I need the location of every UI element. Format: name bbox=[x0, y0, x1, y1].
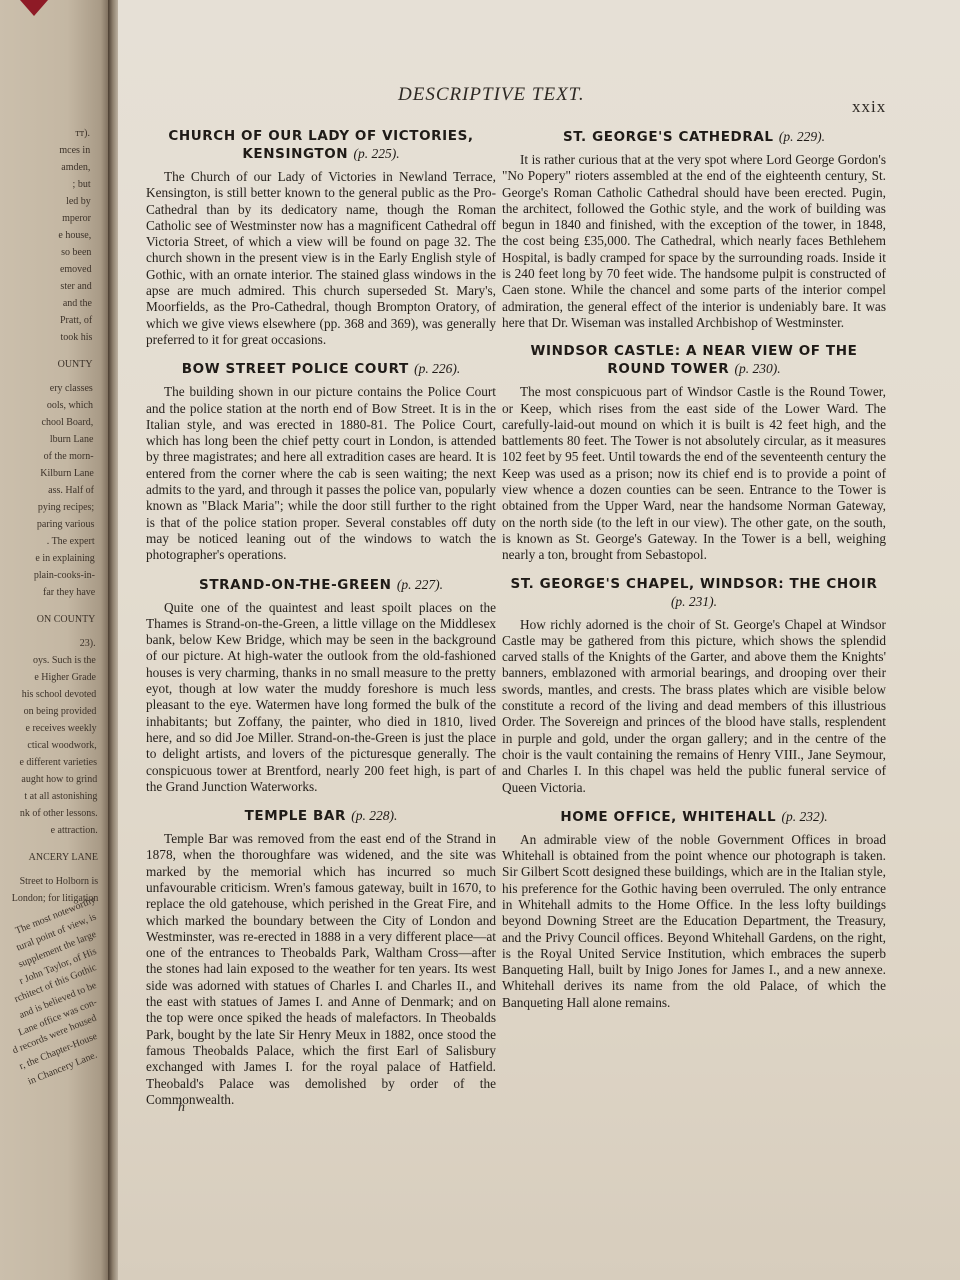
entry-bow-street-police-court: BOW STREET POLICE COURT (p. 226). The bu… bbox=[146, 360, 496, 563]
left-page-fragment: t at all astonishing bbox=[24, 791, 97, 803]
left-page-fragment: aught how to grind bbox=[21, 774, 97, 786]
entry-title: CHURCH OF OUR LADY OF VICTORIES, KENSING… bbox=[146, 128, 496, 163]
left-page-fragment: ON COUNTY bbox=[37, 614, 96, 626]
entry-temple-bar: TEMPLE BAR (p. 228). Temple Bar was remo… bbox=[146, 807, 496, 1108]
left-page-fragment: 23). bbox=[80, 638, 96, 650]
left-column: CHURCH OF OUR LADY OF VICTORIES, KENSING… bbox=[146, 128, 496, 1120]
left-page-fragment: Kilburn Lane bbox=[40, 468, 94, 480]
left-page-fragment: ANCERY LANE bbox=[29, 852, 98, 864]
left-page-fragment: pying recipes; bbox=[38, 502, 94, 514]
left-page-fragment: ; but bbox=[73, 179, 91, 191]
left-page-fragment: e receives weekly bbox=[26, 723, 97, 735]
signature-mark: h bbox=[178, 1100, 185, 1116]
entry-title: ST. GEORGE'S CHAPEL, WINDSOR: THE CHOIR … bbox=[502, 576, 886, 611]
left-page-edge: ᴛᴛ).mces inamden,; butled bymperore hous… bbox=[0, 0, 112, 1280]
left-page-fragment: Street to Holborn is bbox=[20, 876, 99, 888]
entry-body: Temple Bar was removed from the east end… bbox=[146, 831, 496, 1108]
left-page-fragment: his school devoted bbox=[22, 689, 96, 701]
left-page-fragment: amden, bbox=[61, 162, 90, 174]
left-page-fragment: so been bbox=[61, 247, 91, 259]
left-page-fragment: oys. Such is the bbox=[33, 655, 96, 667]
entry-body: The most conspicuous part of Windsor Cas… bbox=[502, 384, 886, 563]
red-bookmark-corner bbox=[20, 0, 48, 16]
left-page-fragment: e Higher Grade bbox=[34, 672, 96, 684]
left-page-fragment: took his bbox=[60, 332, 92, 344]
left-page-fragment: mperor bbox=[62, 213, 91, 225]
left-page-fragment: ools, which bbox=[47, 400, 93, 412]
left-page-fragment: e different varieties bbox=[19, 757, 97, 769]
right-page: DESCRIPTIVE TEXT. xxix CHURCH OF OUR LAD… bbox=[118, 0, 960, 1280]
left-page-fragment: on being provided bbox=[24, 706, 97, 718]
left-page-fragment: e house, bbox=[58, 230, 91, 242]
left-page-fragment: emoved bbox=[60, 264, 92, 276]
left-page-fragment: led by bbox=[66, 196, 91, 208]
entry-st-georges-cathedral: ST. GEORGE'S CATHEDRAL (p. 229). It is r… bbox=[502, 128, 886, 331]
entry-title: TEMPLE BAR (p. 228). bbox=[146, 807, 496, 825]
left-page-fragment: far they have bbox=[43, 587, 95, 599]
entry-title: STRAND-ON-THE-GREEN (p. 227). bbox=[146, 576, 496, 594]
left-page-fragment: ster and bbox=[60, 281, 91, 293]
entry-body: The building shown in our picture contai… bbox=[146, 384, 496, 563]
entry-title: HOME OFFICE, WHITEHALL (p. 232). bbox=[502, 808, 886, 826]
entry-body: Quite one of the quaintest and least spo… bbox=[146, 600, 496, 796]
left-page-fragment: paring various bbox=[37, 519, 95, 531]
entry-title: ST. GEORGE'S CATHEDRAL (p. 229). bbox=[502, 128, 886, 146]
left-page-fragment: and the bbox=[63, 298, 92, 310]
left-page-fragment: e attraction. bbox=[51, 825, 98, 837]
left-page-fragment: ery classes bbox=[50, 383, 93, 395]
right-column: ST. GEORGE'S CATHEDRAL (p. 229). It is r… bbox=[502, 128, 886, 1023]
left-page-fragment: chool Board, bbox=[42, 417, 94, 429]
entry-church-our-lady-victories: CHURCH OF OUR LADY OF VICTORIES, KENSING… bbox=[146, 128, 496, 348]
entry-body: The Church of our Lady of Victories in N… bbox=[146, 169, 496, 348]
entry-body: How richly adorned is the choir of St. G… bbox=[502, 617, 886, 796]
left-page-fragment: lburn Lane bbox=[50, 434, 94, 446]
left-page-fragment: Pratt, of bbox=[60, 315, 92, 327]
left-page-fragment: ctical woodwork, bbox=[27, 740, 96, 752]
entry-windsor-round-tower: WINDSOR CASTLE: A NEAR VIEW OF THE ROUND… bbox=[502, 343, 886, 563]
left-page-fragment: ᴛᴛ). bbox=[75, 128, 90, 140]
entry-title: BOW STREET POLICE COURT (p. 226). bbox=[146, 360, 496, 378]
entry-home-office-whitehall: HOME OFFICE, WHITEHALL (p. 232). An admi… bbox=[502, 808, 886, 1011]
left-page-fragment: plain-cooks-in- bbox=[34, 570, 95, 582]
left-page-fragment: ass. Half of bbox=[48, 485, 94, 497]
entry-body: It is rather curious that at the very sp… bbox=[502, 152, 886, 331]
left-page-fragment: mces in bbox=[59, 145, 90, 157]
entry-body: An admirable view of the noble Governmen… bbox=[502, 832, 886, 1011]
left-page-fragment: e in explaining bbox=[35, 553, 94, 565]
entry-strand-on-the-green: STRAND-ON-THE-GREEN (p. 227). Quite one … bbox=[146, 576, 496, 796]
left-page-fragment: of the morn- bbox=[44, 451, 94, 463]
entry-title: WINDSOR CASTLE: A NEAR VIEW OF THE ROUND… bbox=[502, 343, 886, 378]
left-page-fragment: . The expert bbox=[47, 536, 95, 548]
left-page-fragment: OUNTY bbox=[58, 359, 93, 371]
left-page-fragment: nk of other lessons. bbox=[20, 808, 98, 820]
running-head: DESCRIPTIVE TEXT. bbox=[398, 84, 585, 106]
page-number: xxix bbox=[852, 97, 886, 117]
entry-st-georges-chapel-choir: ST. GEORGE'S CHAPEL, WINDSOR: THE CHOIR … bbox=[502, 576, 886, 796]
